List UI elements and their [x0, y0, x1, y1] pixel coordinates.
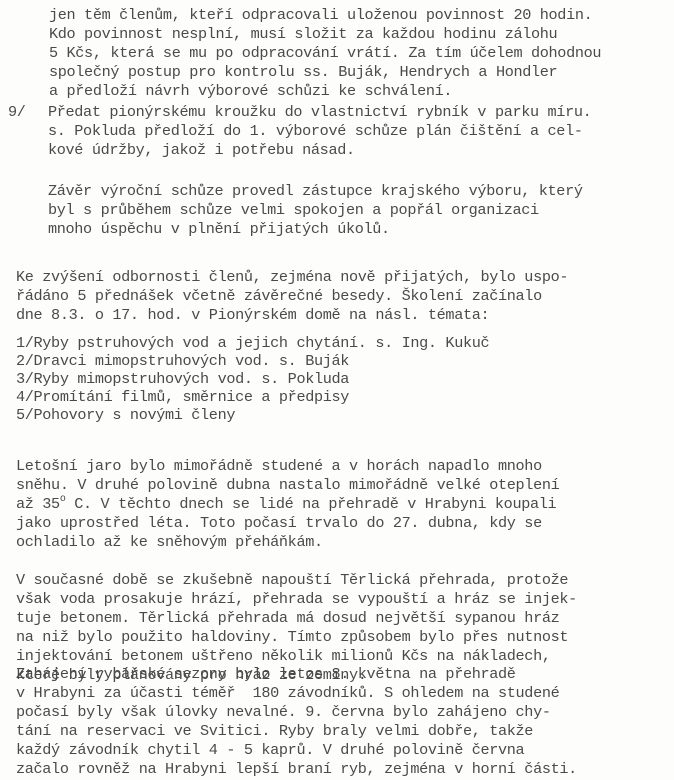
text-line: jako uprostřed léta. Toto počasí trvalo …: [16, 514, 559, 533]
text-fragment: C. V těchto dnech se lidé na přehradě v …: [65, 495, 556, 513]
section-continuation: jen těm členům, kteří odpracovali uložen…: [49, 6, 601, 101]
training-topics-list: 1/Ryby pstruhových vod a jejich chytání.…: [16, 334, 489, 424]
text-line: Předat pionýrskému kroužku do vlastnictv…: [48, 103, 591, 122]
temperature-value: až 35: [16, 495, 60, 513]
text-line: jen těm členům, kteří odpracovali uložen…: [49, 6, 601, 25]
text-line: a předloží návrh výborové schůzi ke schv…: [49, 82, 601, 101]
text-line: společný postup pro kontrolu ss. Buják, …: [49, 63, 601, 82]
text-line: tání na reservaci ve Svitici. Ryby braly…: [16, 722, 577, 741]
text-line: V současné době se zkušebně napouští Těr…: [16, 571, 577, 590]
text-line: na niž bylo použito haldoviny. Tímto způ…: [16, 628, 577, 647]
list-item: 5/Pohovory s novými členy: [16, 406, 489, 424]
text-line: s. Pokluda předloží do 1. výborové schůz…: [48, 122, 591, 141]
text-line: v Hrabyni za účasti téměř 180 závodníků.…: [16, 684, 577, 703]
text-line: Kdo povinnost nesplní, musí složit za ka…: [49, 25, 601, 44]
text-line: sněhu. V druhé polovině dubna nastalo mi…: [16, 476, 559, 495]
closing-paragraph: Závěr výroční schůze provedl zástupce kr…: [48, 182, 583, 239]
list-item: 4/Promítání filmů, směrnice a předpisy: [16, 388, 489, 406]
list-item: 1/Ryby pstruhových vod a jejich chytání.…: [16, 334, 489, 352]
text-line: dne 8.3. o 17. hod. v Pionýrském domě na…: [16, 306, 568, 325]
text-line: Ke zvýšení odbornosti členů, zejména nov…: [16, 268, 568, 287]
text-line: kové údržby, jakož i potřebu násad.: [48, 141, 591, 160]
text-line: počasí byly však úlovky nevalné. 9. červ…: [16, 703, 577, 722]
training-intro: Ke zvýšení odbornosti členů, zejména nov…: [16, 268, 568, 325]
list-item: 2/Dravci mimopstruhových vod. s. Buják: [16, 352, 489, 370]
text-line: Zahájení rybářské sezony bylo letos 8. k…: [16, 665, 577, 684]
text-line: injektování betonem uštřeno několik mili…: [16, 647, 577, 666]
spring-paragraph: Letošní jaro bylo mimořádně studené a v …: [16, 457, 559, 552]
season-paragraph: Zahájení rybářské sezony bylo letos 8. k…: [16, 665, 577, 779]
text-line: 5 Kčs, která se mu po odpracování vrátí.…: [49, 44, 601, 63]
list-item: 3/Ryby mimopstruhových vod. s. Pokluda: [16, 370, 489, 388]
text-line: začalo rovněž na Hrabyni lepší braní ryb…: [16, 760, 577, 779]
text-line-with-degree: až 35o C. V těchto dnech se lidé na přeh…: [16, 495, 559, 514]
text-line: každý závodník chytil 4 - 5 kaprů. V dru…: [16, 741, 577, 760]
typewritten-page: jen těm členům, kteří odpracovali uložen…: [0, 0, 674, 780]
item-9: Předat pionýrskému kroužku do vlastnictv…: [48, 103, 591, 160]
text-line: Závěr výroční schůze provedl zástupce kr…: [48, 182, 583, 201]
text-line: však voda prosakuje hrází, přehrada se v…: [16, 590, 577, 609]
text-line: řádáno 5 přednášek včetně závěrečné bese…: [16, 287, 568, 306]
item-9-marker: 9/: [8, 103, 26, 122]
text-line: mnoho úspěchu v plnění přijatých úkolů.: [48, 220, 583, 239]
text-line: ochladilo až ke sněhovým přeháňkám.: [16, 533, 559, 552]
text-line: Letošní jaro bylo mimořádně studené a v …: [16, 457, 559, 476]
text-line: byl s průběhem schůze velmi spokojen a p…: [48, 201, 583, 220]
text-line: tuje betonem. Těrlická přehrada má dosud…: [16, 609, 577, 628]
